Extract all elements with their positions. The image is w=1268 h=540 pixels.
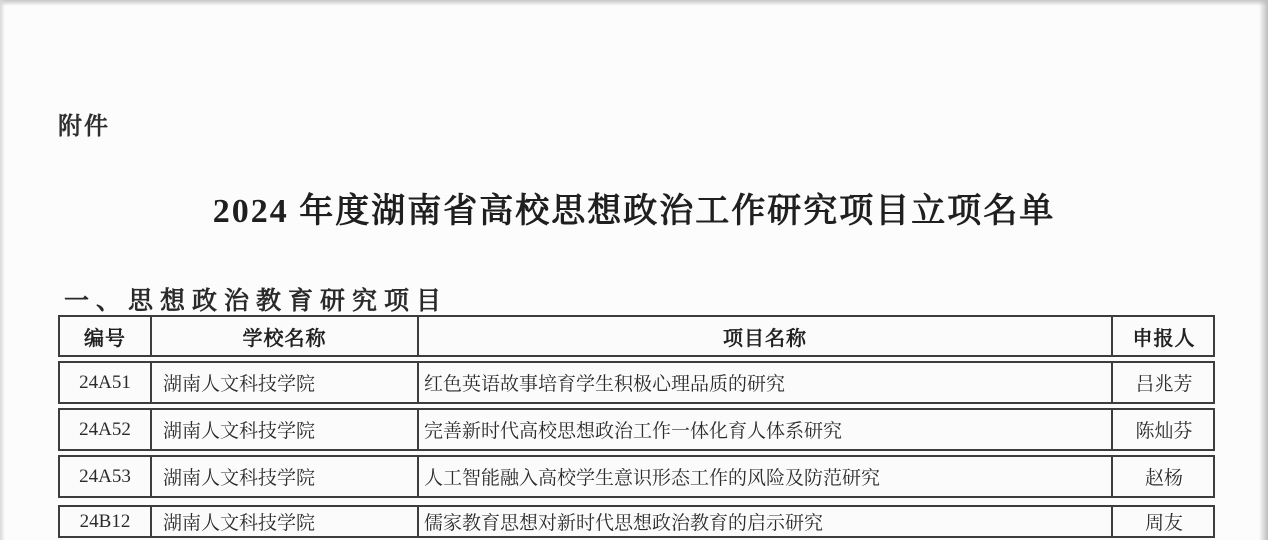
projects-table: 编号 学校名称 项目名称 申报人 24A51 湖南人文科技学院 红色英语故事培育… — [58, 315, 1215, 538]
cell-applicant: 吕兆芳 — [1113, 363, 1215, 402]
cell-school: 湖南人文科技学院 — [152, 410, 419, 449]
cell-school: 湖南人文科技学院 — [152, 363, 419, 402]
table-row: 24A53 湖南人文科技学院 人工智能融入高校学生意识形态工作的风险及防范研究 … — [58, 455, 1215, 498]
column-header-project: 项目名称 — [419, 317, 1113, 355]
cell-id: 24A53 — [60, 457, 152, 496]
column-header-id: 编号 — [60, 317, 152, 355]
scan-edge-left — [0, 0, 5, 540]
cell-id: 24B12 — [60, 507, 152, 536]
cell-applicant: 赵杨 — [1113, 457, 1215, 496]
scan-edge-right — [1259, 0, 1268, 540]
cell-school: 湖南人文科技学院 — [152, 507, 419, 536]
document-title: 2024 年度湖南省高校思想政治工作研究项目立项名单 — [0, 183, 1268, 232]
section-heading: 一、思想政治教育研究项目 — [64, 281, 448, 317]
cell-project: 儒家教育思想对新时代思想政治教育的启示研究 — [419, 507, 1113, 536]
cell-applicant: 陈灿芬 — [1113, 410, 1215, 449]
cell-project: 人工智能融入高校学生意识形态工作的风险及防范研究 — [419, 457, 1113, 496]
table-row: 24A52 湖南人文科技学院 完善新时代高校思想政治工作一体化育人体系研究 陈灿… — [58, 408, 1215, 451]
attachment-label: 附件 — [58, 106, 110, 141]
column-header-school: 学校名称 — [152, 317, 419, 355]
table-row: 24B12 湖南人文科技学院 儒家教育思想对新时代思想政治教育的启示研究 周友 — [58, 505, 1215, 538]
cell-school: 湖南人文科技学院 — [152, 457, 419, 496]
cell-applicant: 周友 — [1113, 507, 1215, 536]
table-row: 24A51 湖南人文科技学院 红色英语故事培育学生积极心理品质的研究 吕兆芳 — [58, 361, 1215, 404]
cell-id: 24A51 — [60, 363, 152, 402]
cell-project: 完善新时代高校思想政治工作一体化育人体系研究 — [419, 410, 1113, 449]
column-header-applicant: 申报人 — [1113, 317, 1215, 355]
cell-id: 24A52 — [60, 410, 152, 449]
scan-edge-top — [0, 0, 1268, 6]
table-header-row: 编号 学校名称 项目名称 申报人 — [58, 315, 1215, 357]
cell-project: 红色英语故事培育学生积极心理品质的研究 — [419, 363, 1113, 402]
